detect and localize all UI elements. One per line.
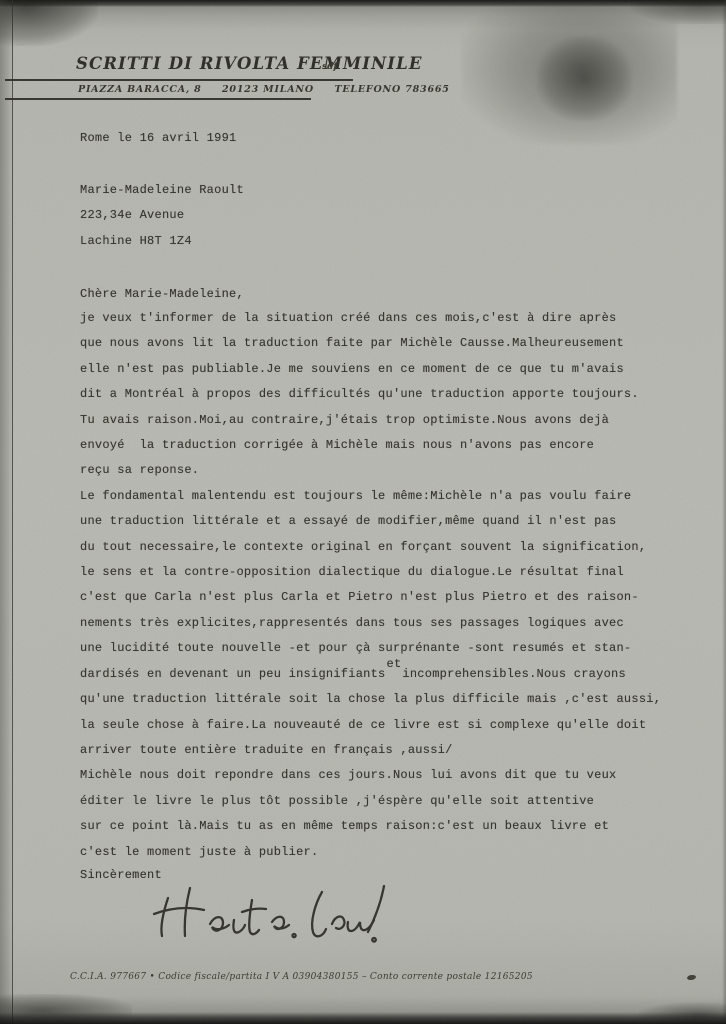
body-line: sur ce point là.Mais tu as en même temps… <box>80 814 661 839</box>
letterhead-rule-top <box>5 79 353 81</box>
body-line: une lucidité toute nouvelle -et pour çà … <box>80 636 661 661</box>
scan-smudge-top-right-core <box>537 36 632 121</box>
letterhead-title: SCRITTI DI RIVOLTA FEMMINILE <box>76 54 423 73</box>
body-line: c'est que Carla n'est plus Carla et Piet… <box>80 585 661 610</box>
body-line: nements très explicites,rappresentés dan… <box>80 611 661 636</box>
ink-smudge <box>687 974 697 980</box>
scan-right-edge-shade <box>722 0 726 1024</box>
body-line: dit a Montréal à propos des difficultés … <box>80 382 661 407</box>
body-line: arriver toute entière traduite en frança… <box>80 738 661 763</box>
body-line: la seule chose à faire.La nouveauté de c… <box>80 713 661 738</box>
body-line: éditer le livre le plus tôt possible ,j'… <box>80 789 661 814</box>
recipient-name: Marie-Madeleine Raoult <box>80 178 244 203</box>
scan-top-edge <box>0 0 726 7</box>
body-line: je veux t'informer de la situation créé … <box>80 306 661 331</box>
paper-edge-line <box>12 0 13 1024</box>
body-line: du tout necessaire,le contexte original … <box>80 535 661 560</box>
handwritten-signature <box>146 876 406 954</box>
letterhead-logo-mark: sdf <box>322 62 337 72</box>
date-line: Rome le 16 avril 1991 <box>80 131 236 145</box>
body-line: qu'une traduction littérale soit la chos… <box>80 687 661 712</box>
body-line: Michèle nous doit repondre dans ces jour… <box>80 763 661 788</box>
inserted-word: et <box>387 657 402 671</box>
body-line: Tu avais raison.Moi,au contraire,j'étais… <box>80 408 661 433</box>
body-line: que nous avons lit la traduction faite p… <box>80 331 661 356</box>
letterhead-rule-bottom <box>5 98 311 100</box>
scanned-letter-page: SCRITTI DI RIVOLTA FEMMINILE sdf PIAZZA … <box>0 0 726 1024</box>
body-line: le sens et la contre-opposition dialecti… <box>80 560 661 585</box>
body-line: une traduction littérale et a essayé de … <box>80 509 661 534</box>
scan-bottom-edge <box>0 1012 726 1024</box>
footer-registration-line: C.C.I.A. 977667 • Codice fiscale/partita… <box>70 972 533 982</box>
body-line: Le fondamental malentendu est toujours l… <box>80 484 661 509</box>
letter-body: je veux t'informer de la situation créé … <box>80 306 661 865</box>
recipient-address: Marie-Madeleine Raoult 223,34e Avenue La… <box>80 178 244 254</box>
recipient-city: Lachine H8T 1Z4 <box>80 229 244 254</box>
letterhead-address: PIAZZA BARACCA, 8 20123 MILANO TELEFONO … <box>78 84 450 95</box>
recipient-street: 223,34e Avenue <box>80 203 244 228</box>
body-line: elle n'est pas publiable.Je me souviens … <box>80 357 661 382</box>
salutation: Chère Marie-Madeleine, <box>80 287 244 301</box>
body-line: dardisés en devenant un peu insignifiant… <box>80 662 661 687</box>
body-line: envoyé la traduction corrigée à Michèle … <box>80 433 661 458</box>
body-line: reçu sa reponse. <box>80 458 661 483</box>
body-line: c'est le moment juste à publier. <box>80 840 661 865</box>
